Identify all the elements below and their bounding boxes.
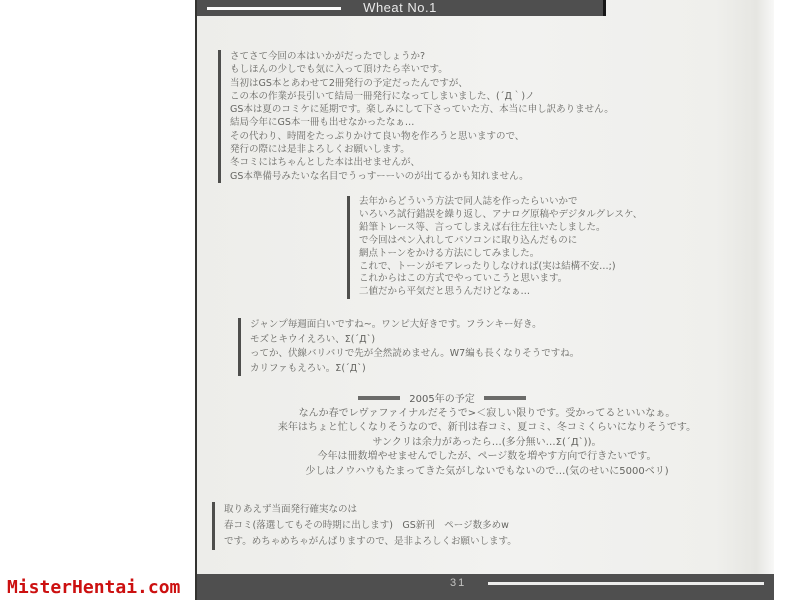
section-heading-text: 2005年の予定 [409, 390, 474, 405]
text-line: GS本は夏のコミケに延期です。楽しみにして下さっていた方、本当に申し訳ありません… [230, 103, 614, 116]
text-line: 網点トーンをかける方法にしてみました。 [359, 248, 642, 261]
text-line: 今年は冊数増やせませんでしたが、ページ数を増やす方向で行きたいです。 [212, 450, 762, 464]
text-line: 冬コミにはちゃんとした本は出せませんが、 [230, 156, 614, 169]
text-line: 来年はちょと忙しくなりそうなので、新刊は春コミ、夏コミ、冬コミくらいになりそうで… [212, 421, 762, 435]
text-line: 結局今年にGS本一冊も出せなかったなぁ… [230, 116, 614, 129]
scanned-page: Wheat No.1 さてさて今回の本はいかがだったでしょうか? もしほんの少し… [195, 0, 774, 600]
watermark-text: MisterHentai.com [7, 577, 180, 598]
afterword-paragraph-3: ジャンプ毎週面白いですね~。ワンピ大好きです。フランキー好き。 モズとキウイえろ… [238, 318, 579, 376]
header-bar: Wheat No.1 [197, 0, 606, 16]
text-line: サンクリは余力があったら…(多分無い…Σ(´Д`))。 [212, 436, 762, 450]
text-line: ってか、伏線バリバリで先が全然読めません。W7編も長くなりそうですね。 [250, 347, 579, 362]
afterword-paragraph-4: なんか春でレヴァファイナルだそうで>＜寂しい限りです。受かってるといいなぁ。 来… [212, 407, 762, 479]
text-line: 少しはノウハウもたまってきた気がしないでもないので…(気のせいに5000ベリ) [212, 465, 762, 479]
page-number: 31 [450, 577, 466, 589]
text-line: さてさて今回の本はいかがだったでしょうか? [230, 50, 614, 63]
text-line: その代わり、時間をたっぷりかけて良い物を作ろうと思いますので、 [230, 130, 614, 143]
text-line: この本の作業が長引いて結局一冊発行になってしまいました、(´Д｀)ノ [230, 90, 614, 103]
text-line: いろいろ試行錯誤を繰り返し、アナログ原稿やデジタルグレスケ、 [359, 209, 642, 222]
page-title: Wheat No.1 [197, 0, 603, 16]
text-line: これからはこの方式でやっていこうと思います。 [359, 273, 642, 286]
text-line: で今回はペン入れしてパソコンに取り込んだものに [359, 235, 642, 248]
text-line: ジャンプ毎週面白いですね~。ワンピ大好きです。フランキー好き。 [250, 318, 579, 333]
text-line: 去年からどういう方法で同人誌を作ったらいいかで [359, 196, 642, 209]
text-line: 当初はGS本とあわせて2冊発行の予定だったんですが、 [230, 77, 614, 90]
text-line: なんか春でレヴァファイナルだそうで>＜寂しい限りです。受かってるといいなぁ。 [212, 407, 762, 421]
footer-bar: 31 [197, 574, 774, 600]
afterword-paragraph-2: 去年からどういう方法で同人誌を作ったらいいかで いろいろ試行錯誤を繰り返し、アナ… [347, 196, 642, 299]
text-line: カリファもえろい。Σ(´Д`) [250, 362, 579, 377]
text-line: です。めちゃめちゃがんばりますので、是非よろしくお願いします。 [224, 534, 517, 550]
afterword-paragraph-5: 取りあえず当面発行確実なのは 春コミ(落選してもその時期に出します) GS新刊 … [212, 502, 517, 550]
footer-divider-line [488, 582, 764, 585]
section-heading-2005: 2005年の予定 [312, 390, 572, 405]
afterword-paragraph-1: さてさて今回の本はいかがだったでしょうか? もしほんの少しでも気に入って頂けたら… [218, 50, 614, 183]
text-line: これで、トーンがモアレったりしなければ(実は結構不安…;) [359, 261, 642, 274]
text-line: 春コミ(落選してもその時期に出します) GS新刊 ページ数多めw [224, 518, 517, 534]
heading-rule-left [358, 396, 400, 400]
text-line: GS本準備号みたいな名目でうっすーーいのが出てるかも知れません。 [230, 170, 614, 183]
text-line: モズとキウイえろい、Σ(´Д`) [250, 333, 579, 348]
text-line: 二値だから平気だと思うんだけどなぁ… [359, 286, 642, 299]
text-line: 取りあえず当面発行確実なのは [224, 502, 517, 518]
text-line: 発行の際には是非よろしくお願いします。 [230, 143, 614, 156]
heading-rule-right [484, 396, 526, 400]
text-line: もしほんの少しでも気に入って頂けたら幸いです。 [230, 63, 614, 76]
text-line: 鉛筆トレース等、言ってしまえば右往左往いたしました。 [359, 222, 642, 235]
